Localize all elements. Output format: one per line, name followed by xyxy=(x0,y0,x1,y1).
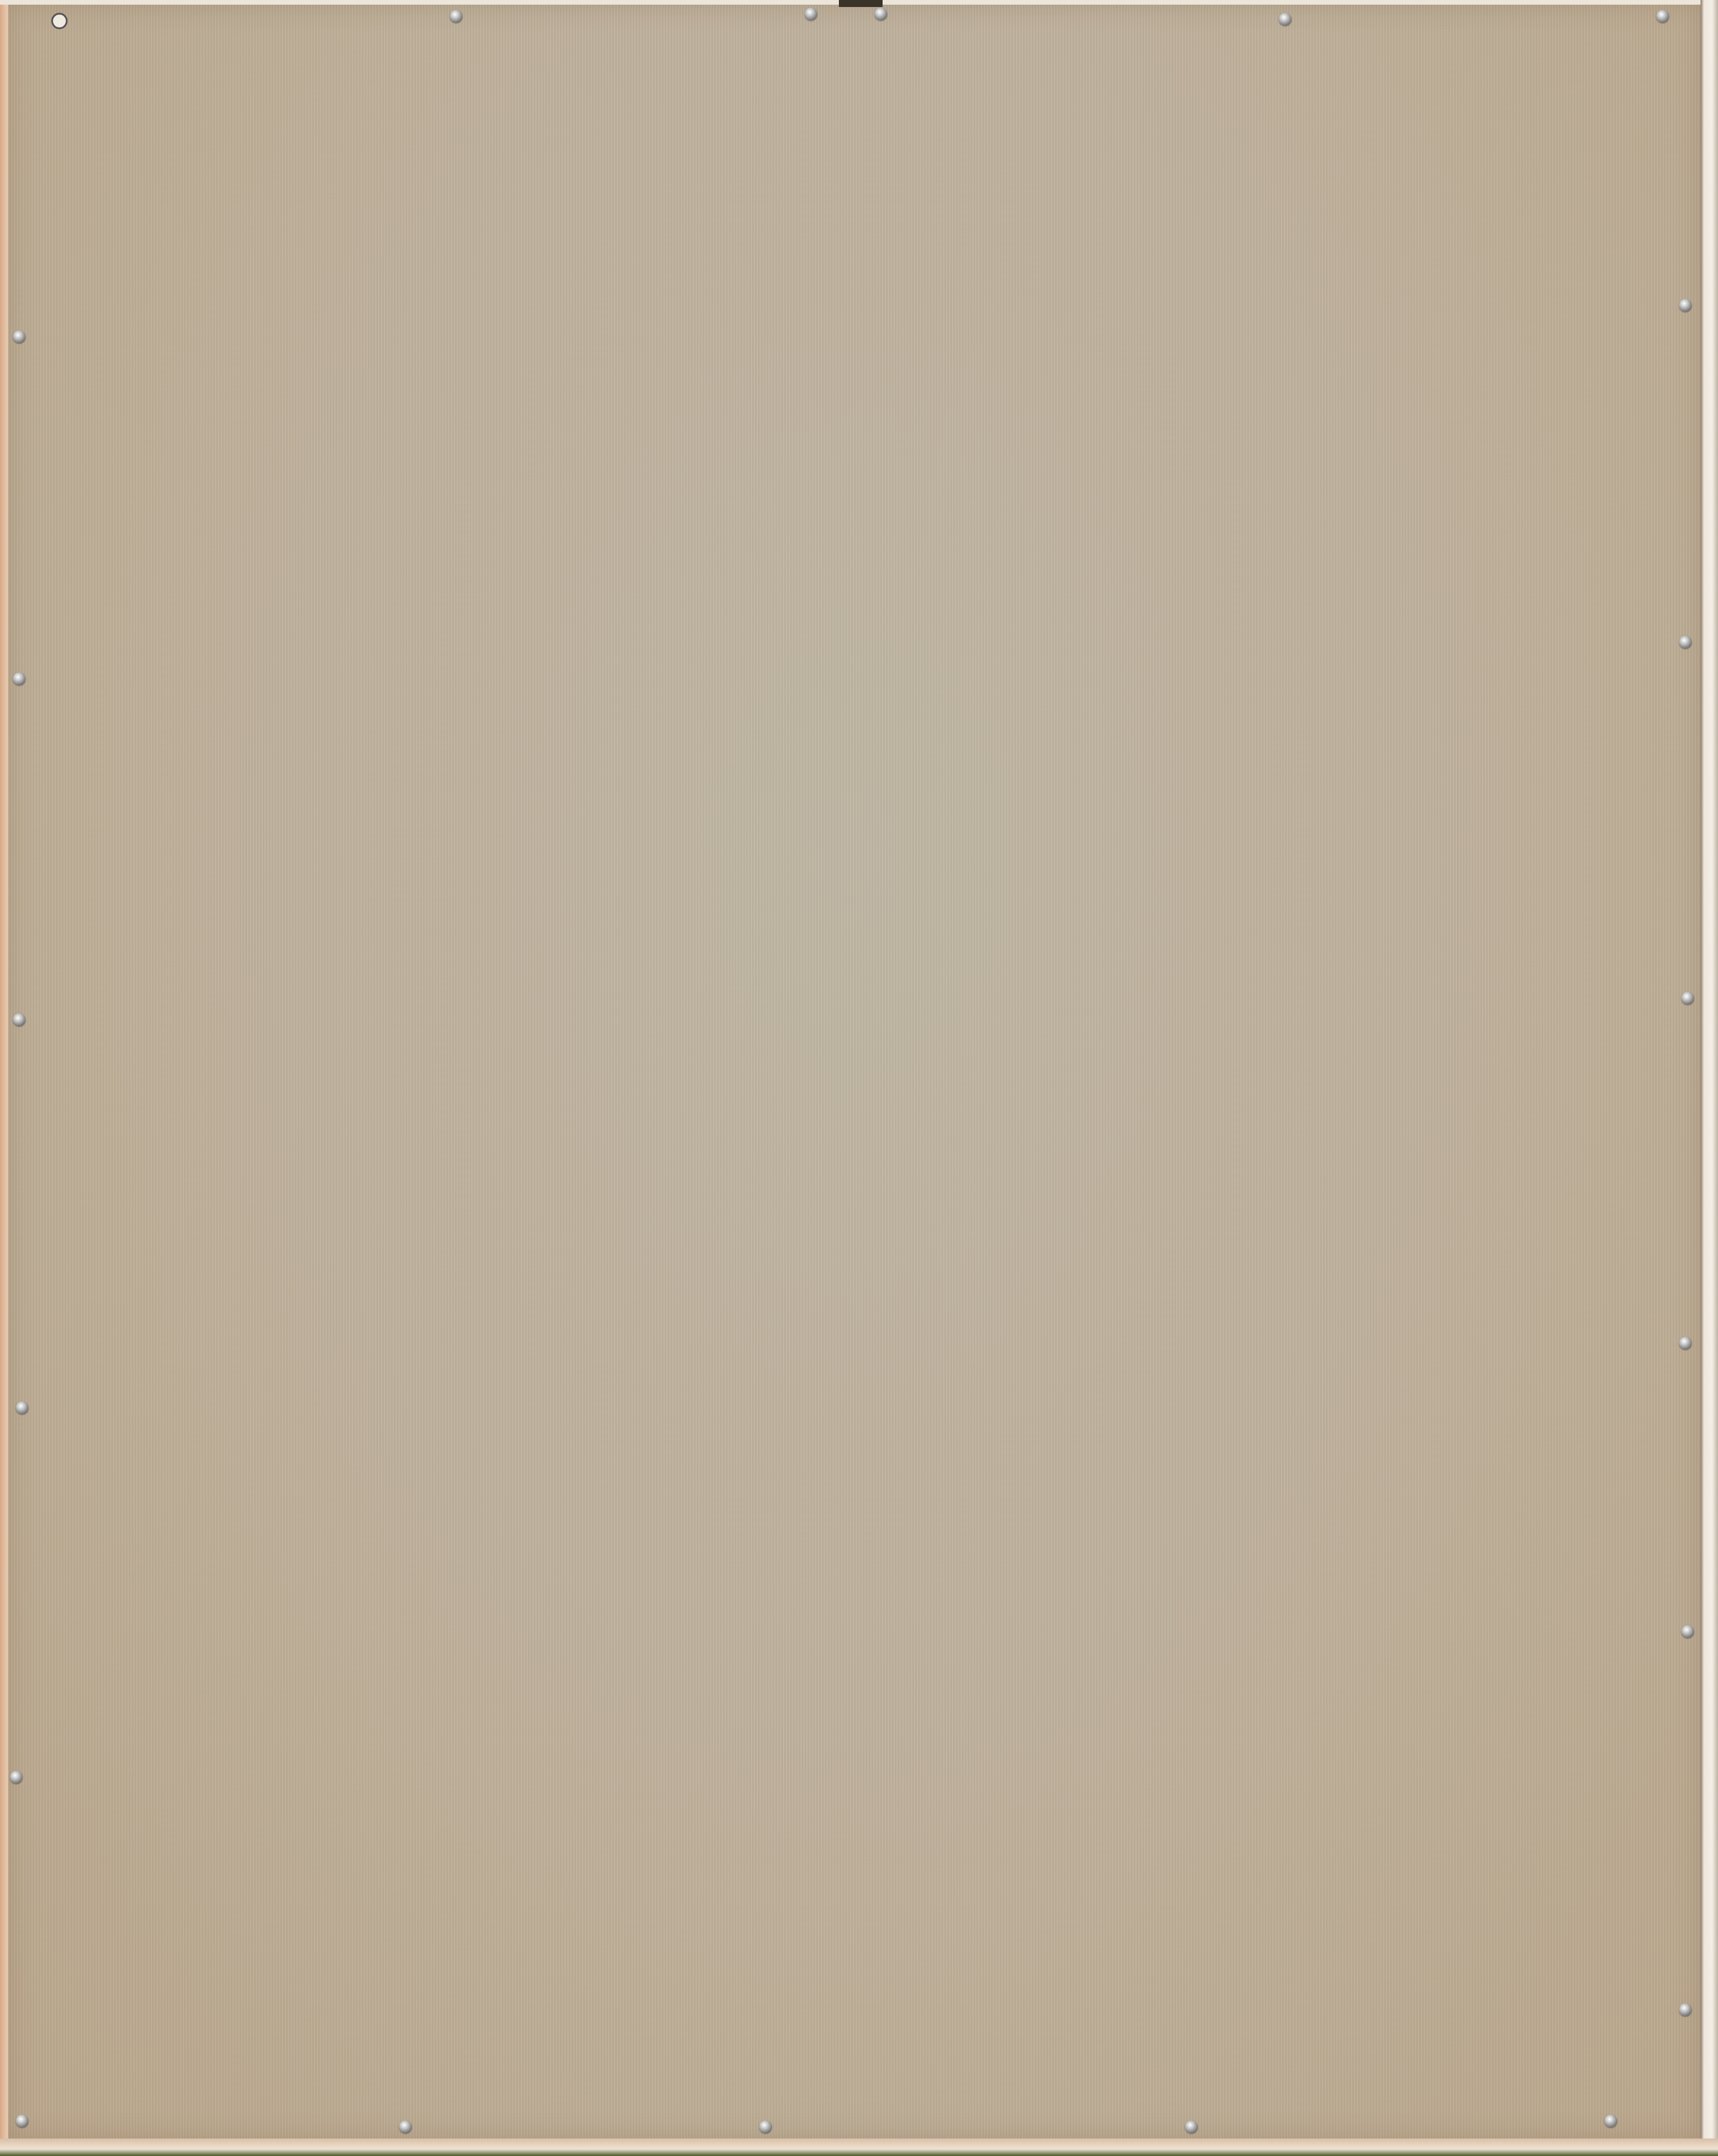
pin-icon xyxy=(759,2120,772,2133)
pin-icon xyxy=(450,10,463,23)
pin-icon xyxy=(13,330,26,343)
pin-icon xyxy=(1679,1337,1692,1350)
pin-icon xyxy=(1279,13,1292,26)
pin-icon xyxy=(1681,1625,1694,1638)
pin-icon xyxy=(1679,299,1692,312)
pin-icon xyxy=(10,1771,23,1784)
pin-icon xyxy=(13,1013,26,1026)
pin-icon xyxy=(13,672,26,685)
pin-icon xyxy=(1656,10,1669,23)
hanger-tab xyxy=(839,0,883,7)
pin-icon xyxy=(874,8,887,20)
pin-icon xyxy=(16,2115,29,2127)
pin-icon xyxy=(1679,2003,1692,2016)
pin-icon xyxy=(16,1401,29,1414)
frame-right-edge xyxy=(1701,0,1718,2156)
pin-icon xyxy=(399,2120,412,2133)
cardboard-backing xyxy=(8,5,1701,2139)
pin-icon xyxy=(1185,2120,1198,2133)
pin-icon xyxy=(1679,636,1692,649)
pin-icon xyxy=(805,8,817,20)
hole-icon xyxy=(51,13,68,29)
pin-icon xyxy=(1681,992,1694,1005)
pin-icon xyxy=(1604,2115,1617,2127)
frame-bottom-edge xyxy=(0,2139,1718,2156)
